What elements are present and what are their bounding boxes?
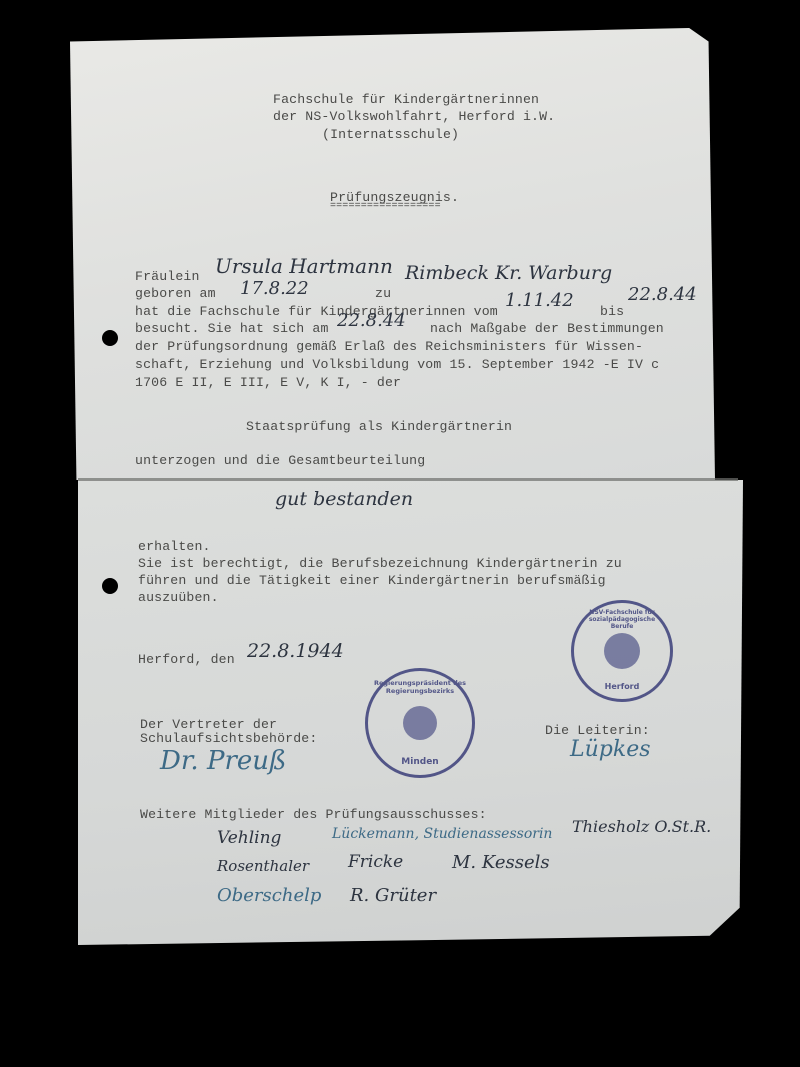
start-date: 1.11.42: [505, 290, 574, 311]
fold-crease: [78, 478, 738, 481]
geboren-label: geboren am: [135, 286, 216, 301]
committee-signature: Oberschelp: [217, 885, 321, 906]
committee-signature: Thiesholz O.St.R.: [572, 817, 711, 836]
stamp-bottom-text: Minden: [368, 757, 472, 767]
authority-label-1: Der Vertreter der: [140, 717, 277, 732]
assessment-text: unterzogen und die Gesamtbeurteilung: [135, 453, 425, 468]
candidate-name: Ursula Hartmann: [215, 254, 393, 278]
exam-title: Staatsprüfung als Kindergärtnerin: [246, 419, 512, 434]
entitlement-line2: führen und die Tätigkeit einer Kindergär…: [138, 573, 606, 588]
grade: gut bestanden: [275, 488, 413, 510]
regulation-line2: schaft, Erziehung und Volksbildung vom 1…: [135, 357, 659, 372]
entitlement-line1: Sie ist berechtigt, die Berufsbezeichnun…: [138, 556, 622, 571]
birthplace: Rimbeck Kr. Warburg: [405, 262, 612, 284]
school-name-line2: der NS-Volkswohlfahrt, Herford i.W.: [273, 109, 555, 124]
end-date: 22.8.44: [628, 284, 697, 305]
erhalten-text: erhalten.: [138, 539, 211, 554]
authority-label-2: Schulaufsichtsbehörde:: [140, 731, 317, 746]
official-stamp-minden: Regierungspräsident des Regierungsbezirk…: [365, 668, 475, 778]
school-name-line1: Fachschule für Kindergärtnerinnen: [273, 92, 539, 107]
zu-label: zu: [375, 286, 391, 301]
nsv-emblem-icon: [604, 633, 640, 669]
exam-text-a: besucht. Sie hat sich am: [135, 321, 329, 336]
stamp-bottom-text: Herford: [574, 682, 670, 691]
punch-hole-lower: [102, 578, 118, 594]
stamp-top-text: NSV-Fachschule für sozialpädagogische Be…: [574, 609, 670, 630]
committee-signature: Fricke: [348, 852, 403, 872]
attendance-text: hat die Fachschule für Kindergärtnerinne…: [135, 304, 498, 319]
exam-date: 22.8.44: [337, 310, 406, 331]
bis-label: bis: [600, 304, 624, 319]
director-signature: Lüpkes: [570, 737, 651, 762]
regulation-line1: der Prüfungsordnung gemäß Erlaß des Reic…: [135, 339, 643, 354]
place-date-label: Herford, den: [138, 652, 235, 667]
fraeulein-label: Fräulein: [135, 269, 200, 284]
school-stamp-herford: NSV-Fachschule für sozialpädagogische Be…: [571, 600, 673, 702]
punch-hole-upper: [102, 330, 118, 346]
committee-label: Weitere Mitglieder des Prüfungsausschuss…: [140, 807, 487, 822]
stamp-top-text: Regierungspräsident des Regierungsbezirk…: [368, 679, 472, 695]
school-name-line3: (Internatsschule): [322, 127, 459, 142]
regulation-line3: 1706 E II, E III, E V, K I, - der: [135, 375, 401, 390]
committee-signature: Rosenthaler: [217, 857, 309, 875]
entitlement-line3: auszuüben.: [138, 590, 219, 605]
director-label: Die Leiterin:: [545, 723, 650, 738]
authority-signature: Dr. Preuß: [160, 746, 286, 776]
exam-text-b: nach Maßgabe der Bestimmungen: [430, 321, 664, 336]
committee-signature: Lückemann, Studienassessorin: [332, 826, 552, 842]
title-underline: ==================: [330, 201, 441, 212]
issue-date: 22.8.1944: [247, 640, 344, 662]
committee-signature: R. Grüter: [350, 885, 436, 906]
birth-date: 17.8.22: [240, 278, 309, 299]
committee-signature: Vehling: [217, 828, 281, 848]
committee-signature: M. Kessels: [452, 852, 550, 873]
eagle-emblem-icon: [403, 706, 437, 740]
